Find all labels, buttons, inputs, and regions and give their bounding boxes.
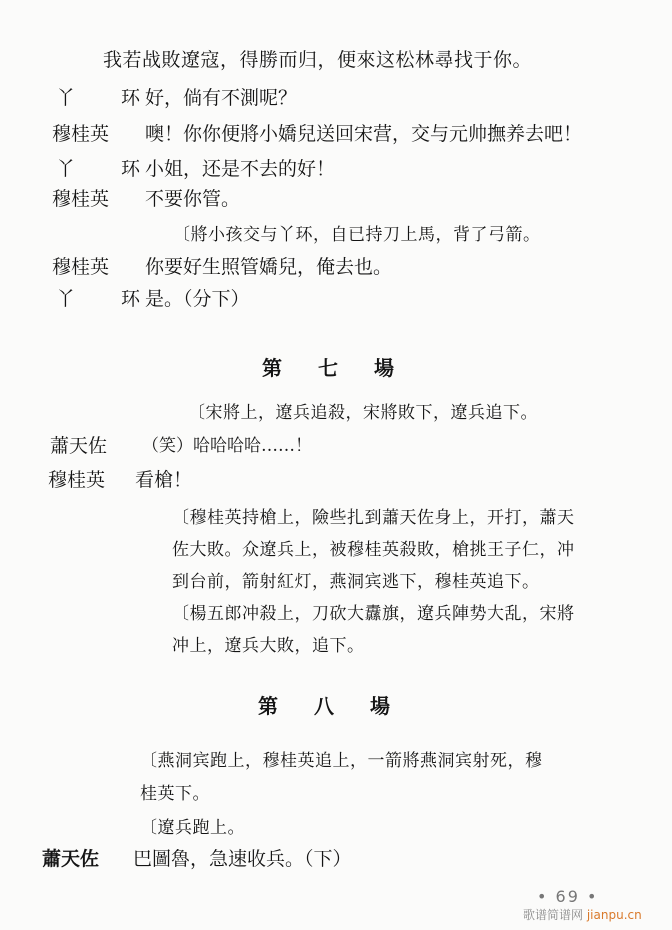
scene-title: 第八場 (258, 690, 426, 719)
dialogue-text: 看槍！ (135, 468, 192, 492)
dialogue-text: 巴圖魯，急速收兵。（下） (133, 847, 352, 871)
stage-direction-line: 〔燕洞宾跑上，穆桂英追上，一箭將燕洞宾射死，穆 (140, 749, 543, 773)
speaker-name: 蕭天佐 (42, 847, 99, 871)
dialogue-text: 你要好生照管嬌兒，俺去也。 (145, 255, 392, 279)
stage-direction: 〔遼兵跑上。 (140, 816, 245, 840)
watermark: 歌谱简谱网 jianpu.cn (523, 906, 642, 923)
scene-title: 第七場 (262, 352, 430, 381)
speaker-name: 穆桂英 (52, 255, 109, 279)
speaker-name: 蕭天佐 (50, 434, 107, 458)
dialogue-text: 小姐，还是不去的好！ (145, 157, 335, 181)
script-page: 我若战敗遼寇，得勝而归，便來这松林尋找于你。 丫 环 好，倘有不測呢？ 穆桂英 … (0, 0, 672, 930)
stage-direction: 〔宋將上，遼兵追殺，宋將敗下，遼兵追下。 (188, 401, 538, 425)
page-number: • 69 • (537, 887, 598, 906)
watermark-text: 歌谱简谱网 (523, 908, 583, 922)
stage-direction-line: 桂英下。 (140, 782, 210, 806)
dialogue-text: 是。（分下） (145, 287, 250, 311)
stage-direction-line: 冲上，遼兵大敗，追下。 (172, 634, 365, 658)
speaker-name: 穆桂英 (52, 122, 109, 146)
stage-direction: 〔將小孩交与丫环，自已持刀上馬，背了弓箭。 (173, 223, 541, 247)
dialogue-text: （笑）哈哈哈哈……！ (142, 434, 312, 458)
stage-direction-line: 佐大敗。众遼兵上，被穆桂英殺敗，槍挑王子仁，冲 (172, 538, 575, 562)
stage-direction-line: 到台前，箭射紅灯，燕洞宾逃下，穆桂英追下。 (172, 570, 540, 594)
dialogue-text: 不要你管。 (145, 187, 240, 211)
continuation-line: 我若战敗遼寇，得勝而归，便來这松林尋找于你。 (103, 48, 532, 72)
stage-direction-line: 〔穆桂英持槍上，險些扎到蕭天佐身上，开打，蕭天 (172, 506, 575, 530)
stage-direction-line: 〔楊五郎冲殺上，刀砍大纛旗，遼兵陣势大乱，宋將 (172, 602, 575, 626)
watermark-url: jianpu.cn (587, 908, 642, 922)
dialogue-text: 好，倘有不測呢？ (145, 86, 297, 110)
dialogue-text: 噢！你你便將小嬌兒送回宋营，交与元帅撫养去吧！ (145, 122, 582, 146)
speaker-name: 穆桂英 (48, 468, 105, 492)
speaker-name: 穆桂英 (52, 187, 109, 211)
